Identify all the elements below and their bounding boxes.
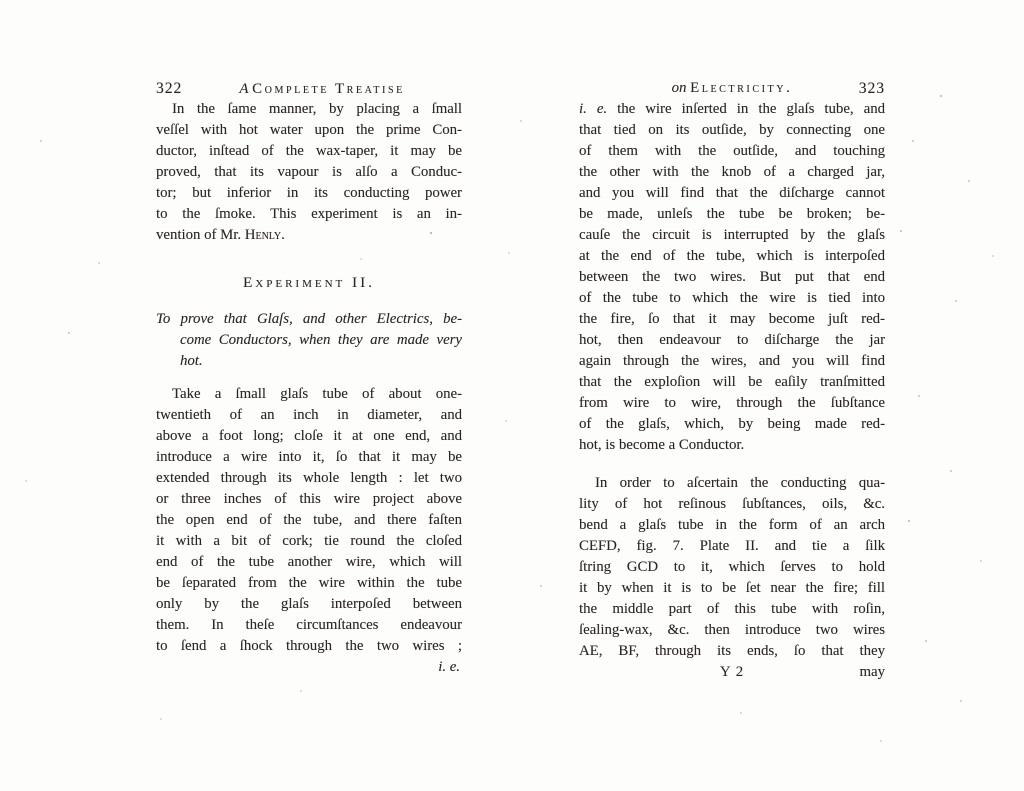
left-page-number: 322: [156, 78, 182, 99]
last-line-text: vention of Mr.: [156, 227, 245, 243]
text-line: hot, is become a Conductor.: [579, 435, 885, 456]
text-line: the other with the knob of a charged jar…: [579, 162, 885, 183]
left-page-header: 322 A Complete Treatise: [156, 78, 462, 99]
person-name: Henly: [245, 227, 281, 243]
text-line: be ſeparated from the wire within the tu…: [156, 573, 462, 594]
text-line: at the end of the tube, which is interpo…: [579, 246, 885, 267]
text-line: the open end of the tube, and there faſt…: [156, 510, 462, 531]
text-line: only by the glaſs interpoſed between: [156, 594, 462, 615]
signature-spacer: [579, 662, 681, 683]
text-line: or three inches of this wire project abo…: [156, 489, 462, 510]
right-page: on Electricity. 323 i. e. the wire inſer…: [579, 78, 885, 683]
experiment-subtitle: To prove that Glaſs, and other Electrics…: [156, 309, 462, 372]
text-line: and you will find that the diſcharge can…: [579, 183, 885, 204]
left-running-title: A Complete Treatise: [182, 79, 462, 100]
right-page-header: on Electricity. 323: [579, 78, 885, 99]
text-line: to the ſmoke. This experiment is an in-: [156, 204, 462, 225]
text-line: it by when it is to be ſet near the fire…: [579, 578, 885, 599]
text-line: that tied on its outſide, by connecting …: [579, 120, 885, 141]
scan-noise: [0, 0, 2, 2]
catchword-right: may: [783, 662, 885, 683]
text-line: above a foot long; cloſe it at one end, …: [156, 426, 462, 447]
text-line: the middle part of this tube with roſin,: [579, 599, 885, 620]
text-line: again through the wires, and you will fi…: [579, 351, 885, 372]
text-line: to ſend a ſhock through the two wires ;: [156, 636, 462, 657]
text-line: twentieth of an inch in diameter, and: [156, 405, 462, 426]
right-running-title: on Electricity.: [579, 78, 885, 99]
text-line: it with a bit of cork; tie round the clo…: [156, 531, 462, 552]
left-paragraph-1: In the ſame manner, by placing a ſmallve…: [156, 99, 462, 225]
text-line: ductor, inſtead of the wax-taper, it may…: [156, 141, 462, 162]
text-line: introduce a wire into it, ſo that it may…: [156, 447, 462, 468]
text-line: bend a glaſs tube in the form of an arch: [579, 515, 885, 536]
text-line: cauſe the circuit is interrupted by the …: [579, 225, 885, 246]
text-line: be made, unleſs the tube be broken; be-: [579, 204, 885, 225]
text-line: of the glaſs, which, by being made red-: [579, 414, 885, 435]
last-line-period: .: [281, 227, 285, 243]
text-line: of them with the outſide, and touching: [579, 141, 885, 162]
experiment-heading: Experiment II.: [156, 272, 462, 293]
right-paragraph-1: that tied on its outſide, by connecting …: [579, 120, 885, 456]
text-line: from wire to wire, through the ſubſtance: [579, 393, 885, 414]
text-line: In order to aſcertain the conducting qua…: [579, 473, 885, 494]
text-line: them. In theſe circumſtances endeavour: [156, 615, 462, 636]
text-line: hot.: [156, 351, 462, 372]
right-page-number: 323: [859, 78, 885, 99]
book-scan-spread: 322 A Complete Treatise In the ſame mann…: [0, 0, 1024, 791]
text-line: extended through its whole length : let …: [156, 468, 462, 489]
text-line: hot, then endeavour to diſcharge the jar: [579, 330, 885, 351]
right-paragraph-2: In order to aſcertain the conducting qua…: [579, 473, 885, 662]
ie-abbreviation: i. e.: [579, 101, 607, 117]
left-paragraph-2: Take a ſmall glaſs tube of about one-twe…: [156, 384, 462, 657]
text-line: end of the tube another wire, which will: [156, 552, 462, 573]
running-title-text: Electricity.: [690, 80, 792, 96]
text-line: AE, BF, through its ends, ſo that they: [579, 641, 885, 662]
right-paragraph-1-first-line: i. e. the wire inſerted in the glaſs tub…: [579, 99, 885, 120]
text-line: come Conductors, when they are made very: [156, 330, 462, 351]
running-title-article: A: [239, 81, 248, 97]
running-title-text: Complete Treatise: [252, 81, 405, 97]
text-line: ſealing-wax, &c. then introduce two wire…: [579, 620, 885, 641]
text-line: Take a ſmall glaſs tube of about one-: [156, 384, 462, 405]
text-line: ſtring GCD to it, which ſerves to hold: [579, 557, 885, 578]
text-line: CEFD, fig. 7. Plate II. and tie a ſilk: [579, 536, 885, 557]
left-paragraph-1-last-line: vention of Mr. Henly.: [156, 225, 462, 246]
text-line: proved, that its vapour is alſo a Conduc…: [156, 162, 462, 183]
gathering-signature: Y 2: [681, 662, 783, 683]
first-line-text: the wire inſerted in the glaſs tube, and: [607, 101, 885, 117]
text-line: tor; but inferior in its conducting powe…: [156, 183, 462, 204]
signature-line: Y 2 may: [579, 662, 885, 683]
running-title-preposition: on: [672, 80, 687, 96]
catchword-left: i. e.: [156, 657, 462, 678]
text-line: the fire, ſo that it may become juſt red…: [579, 309, 885, 330]
left-page: 322 A Complete Treatise In the ſame mann…: [156, 78, 462, 678]
text-line: In the ſame manner, by placing a ſmall: [156, 99, 462, 120]
text-line: that the exploſion will be eaſily tranſm…: [579, 372, 885, 393]
text-line: lity of hot reſinous ſubſtances, oils, &…: [579, 494, 885, 515]
text-line: of the tube to which the wire is tied in…: [579, 288, 885, 309]
text-line: between the two wires. But put that end: [579, 267, 885, 288]
text-line: veſſel with hot water upon the prime Con…: [156, 120, 462, 141]
text-line: To prove that Glaſs, and other Electrics…: [156, 309, 462, 330]
